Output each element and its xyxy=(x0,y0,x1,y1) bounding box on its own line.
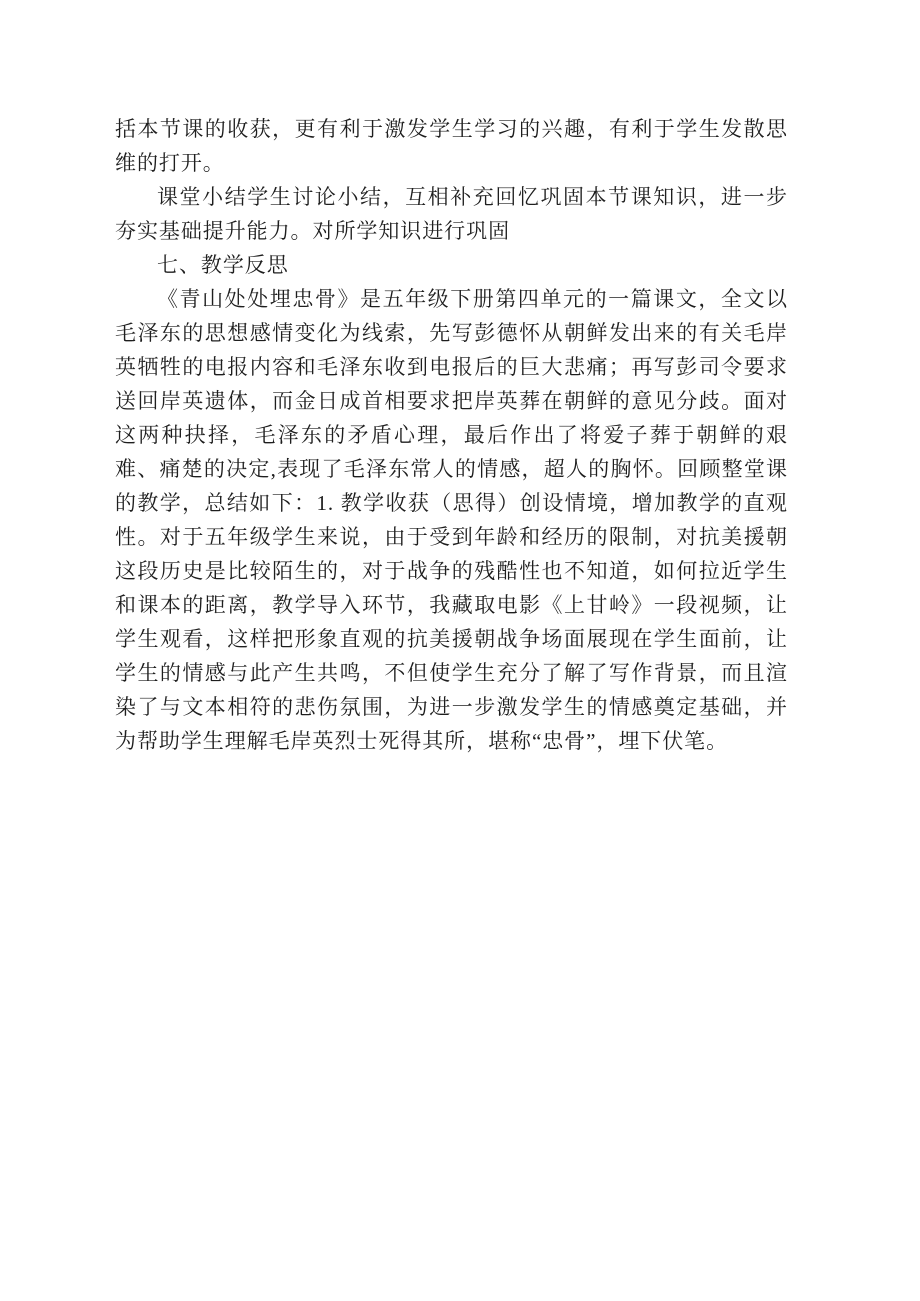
document-page: 括本节课的收获，更有利于激发学生学习的兴趣，有利于学生发散思维的打开。 课堂小结… xyxy=(0,0,920,1301)
section-heading-teaching-reflection: 七、教学反思 xyxy=(115,248,788,282)
paragraph-class-summary: 课堂小结学生讨论小结，互相补充回忆巩固本节课知识，进一步夯实基础提升能力。对所学… xyxy=(115,180,788,248)
paragraph-teaching-reflection: 《青山处处埋忠骨》是五年级下册第四单元的一篇课文，全文以毛泽东的思想感情变化为线… xyxy=(115,282,788,758)
document-body: 括本节课的收获，更有利于激发学生学习的兴趣，有利于学生发散思维的打开。 课堂小结… xyxy=(115,112,788,758)
paragraph-continuation: 括本节课的收获，更有利于激发学生学习的兴趣，有利于学生发散思维的打开。 xyxy=(115,112,788,180)
